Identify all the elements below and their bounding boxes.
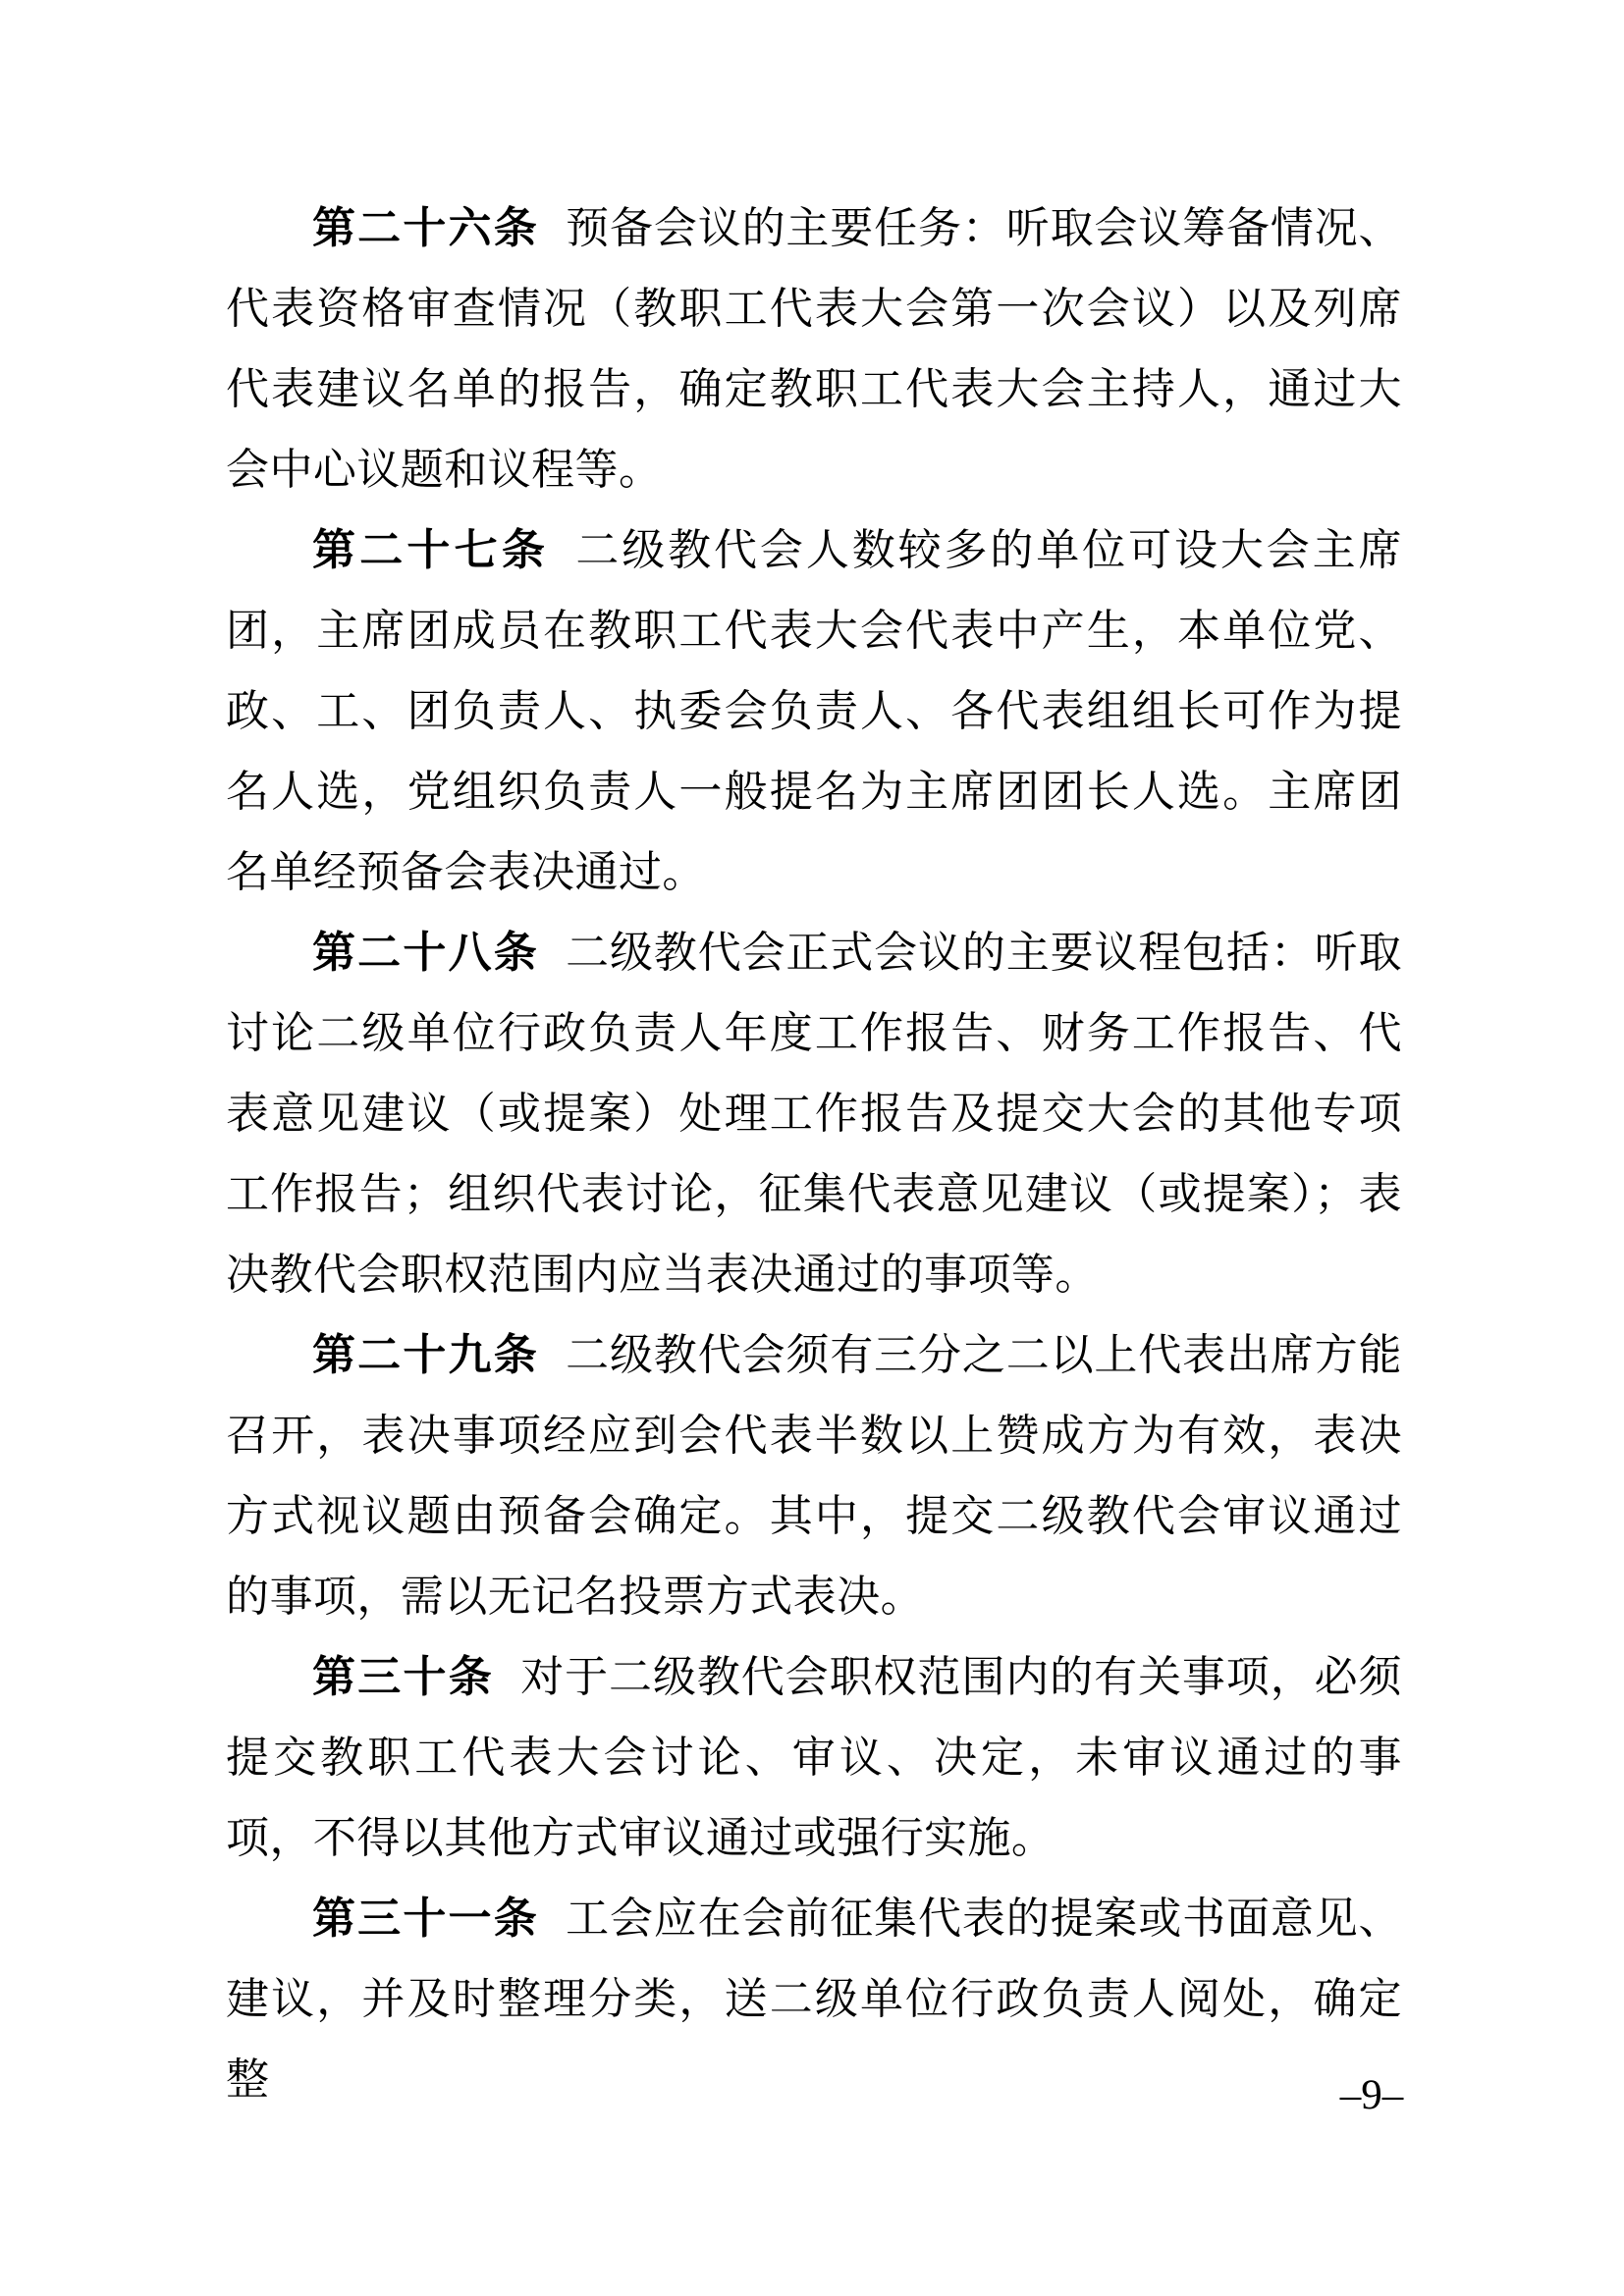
article-number: 第二十七条 [312, 526, 549, 574]
article-paragraph: 第二十九条二级教代会须有三分之二以上代表出席方能召开，表决事项经应到会代表半数以… [226, 1315, 1402, 1637]
article-text: 二级教代会正式会议的主要议程包括：听取讨论二级单位行政负责人年度工作报告、财务工… [226, 929, 1402, 1299]
article-number: 第二十六条 [312, 204, 539, 252]
article-paragraph: 第三十条对于二级教代会职权范围内的有关事项，必须提交教职工代表大会讨论、审议、决… [226, 1637, 1402, 1879]
document-page: 第二十六条预备会议的主要任务：听取会议筹备情况、代表资格审查情况（教职工代表大会… [0, 0, 1624, 2296]
article-number: 第三十一条 [312, 1895, 539, 1943]
article-number: 第二十八条 [312, 929, 539, 977]
page-number: –9– [1327, 2071, 1416, 2120]
article-paragraph: 第三十一条工会应在会前征集代表的提案或书面意见、建议，并及时整理分类，送二级单位… [226, 1879, 1402, 2120]
article-paragraph: 第二十七条二级教代会人数较多的单位可设大会主席团，主席团成员在教职工代表大会代表… [226, 510, 1402, 913]
article-number: 第二十九条 [312, 1331, 539, 1379]
article-number: 第三十条 [312, 1653, 494, 1701]
article-paragraph: 第二十八条二级教代会正式会议的主要议程包括：听取讨论二级单位行政负责人年度工作报… [226, 913, 1402, 1315]
document-body: 第二十六条预备会议的主要任务：听取会议筹备情况、代表资格审查情况（教职工代表大会… [226, 188, 1402, 2120]
article-text: 二级教代会人数较多的单位可设大会主席团，主席团成员在教职工代表大会代表中产生，本… [226, 526, 1402, 896]
article-paragraph: 第二十六条预备会议的主要任务：听取会议筹备情况、代表资格审查情况（教职工代表大会… [226, 188, 1402, 510]
